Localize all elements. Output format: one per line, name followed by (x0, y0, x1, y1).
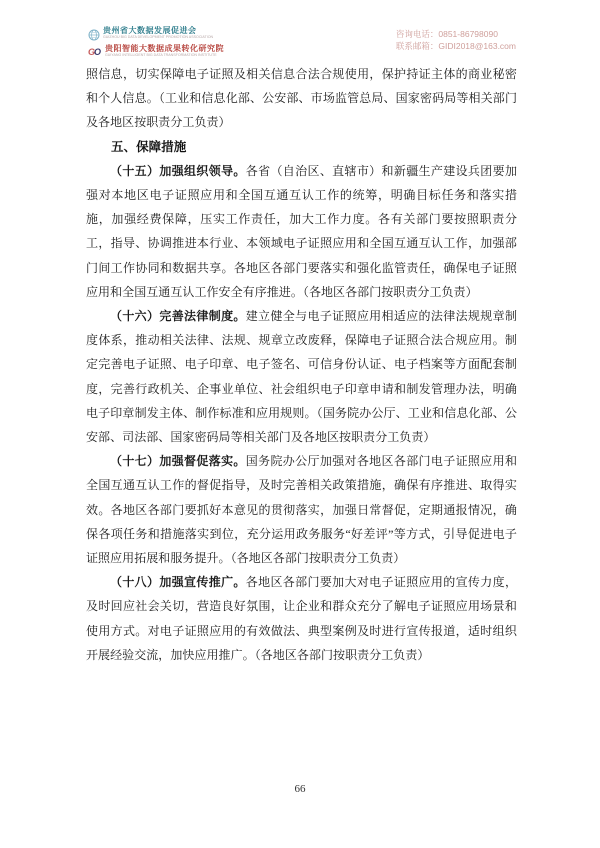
institute-logo-texts: 贵阳智能大数据成果转化研究院 GUIYANG INTELLIGENT BIG D… (105, 44, 260, 59)
document-content: 照信息，切实保障电子证照及相关信息合法合规使用，保护持证主体的商业秘密和个人信息… (86, 62, 517, 667)
document-page: 贵州省大数据发展促进会 GUIZHOU BIG DATA DEVELOPMENT… (0, 0, 600, 848)
continuation-paragraph: 照信息，切实保障电子证照及相关信息合法合规使用，保护持证主体的商业秘密和个人信息… (86, 62, 517, 135)
paragraph-15-body: 各省（自治区、直辖市）和新疆生产建设兵团要加强对本地区电子证照应用和全国互通互认… (86, 164, 517, 299)
association-logo-text: 贵州省大数据发展促进会 (103, 26, 256, 35)
association-logo-texts: 贵州省大数据发展促进会 GUIZHOU BIG DATA DEVELOPMENT… (103, 26, 256, 41)
globe-emblem-icon (88, 28, 100, 40)
association-logo-subtext: GUIZHOU BIG DATA DEVELOPMENT PROMOTION A… (103, 36, 213, 40)
institute-logo-text: 贵阳智能大数据成果转化研究院 (105, 44, 260, 53)
institute-logo: GO 贵阳智能大数据成果转化研究院 GUIYANG INTELLIGENT BI… (88, 44, 260, 59)
association-logo: 贵州省大数据发展促进会 GUIZHOU BIG DATA DEVELOPMENT… (88, 26, 260, 41)
paragraph-15-lead: （十五）加强组织领导。 (110, 164, 246, 178)
section-heading: 五、保障措施 (86, 135, 517, 159)
paragraph-15: （十五）加强组织领导。各省（自治区、直辖市）和新疆生产建设兵团要加强对本地区电子… (86, 159, 517, 304)
page-number: 66 (0, 783, 600, 795)
contact-phone: 咨询电话：0851-86798090 (396, 28, 516, 40)
logo-group: 贵州省大数据发展促进会 GUIZHOU BIG DATA DEVELOPMENT… (88, 26, 260, 59)
paragraph-18: （十八）加强宣传推广。各地区各部门要加大对电子证照应用的宣传力度，及时回应社会关… (86, 570, 517, 667)
paragraph-18-lead: （十八）加强宣传推广。 (110, 575, 246, 589)
page-header: 贵州省大数据发展促进会 GUIZHOU BIG DATA DEVELOPMENT… (88, 26, 516, 59)
paragraph-16-lead: （十六）完善法律制度。 (110, 309, 246, 323)
paragraph-16-body: 建立健全与电子证照应用相适应的法律法规规章制度体系，推动相关法律、法规、规章立改… (86, 309, 517, 444)
paragraph-17-body: 国务院办公厅加强对各地区各部门电子证照应用和全国互通互认工作的督促指导，及时完善… (86, 454, 517, 565)
paragraph-17-lead: （十七）加强督促落实。 (110, 454, 246, 468)
paragraph-16: （十六）完善法律制度。建立健全与电子证照应用相适应的法律法规规章制度体系，推动相… (86, 304, 517, 449)
go-monogram-icon: GO (88, 46, 102, 58)
contact-info: 咨询电话：0851-86798090 联系邮箱：GIDI2018@163.com (396, 28, 516, 52)
contact-email: 联系邮箱：GIDI2018@163.com (396, 40, 516, 52)
institute-logo-subtext: GUIYANG INTELLIGENT BIG DATA TRANSFORMAT… (105, 54, 217, 58)
paragraph-17: （十七）加强督促落实。国务院办公厅加强对各地区各部门电子证照应用和全国互通互认工… (86, 449, 517, 570)
